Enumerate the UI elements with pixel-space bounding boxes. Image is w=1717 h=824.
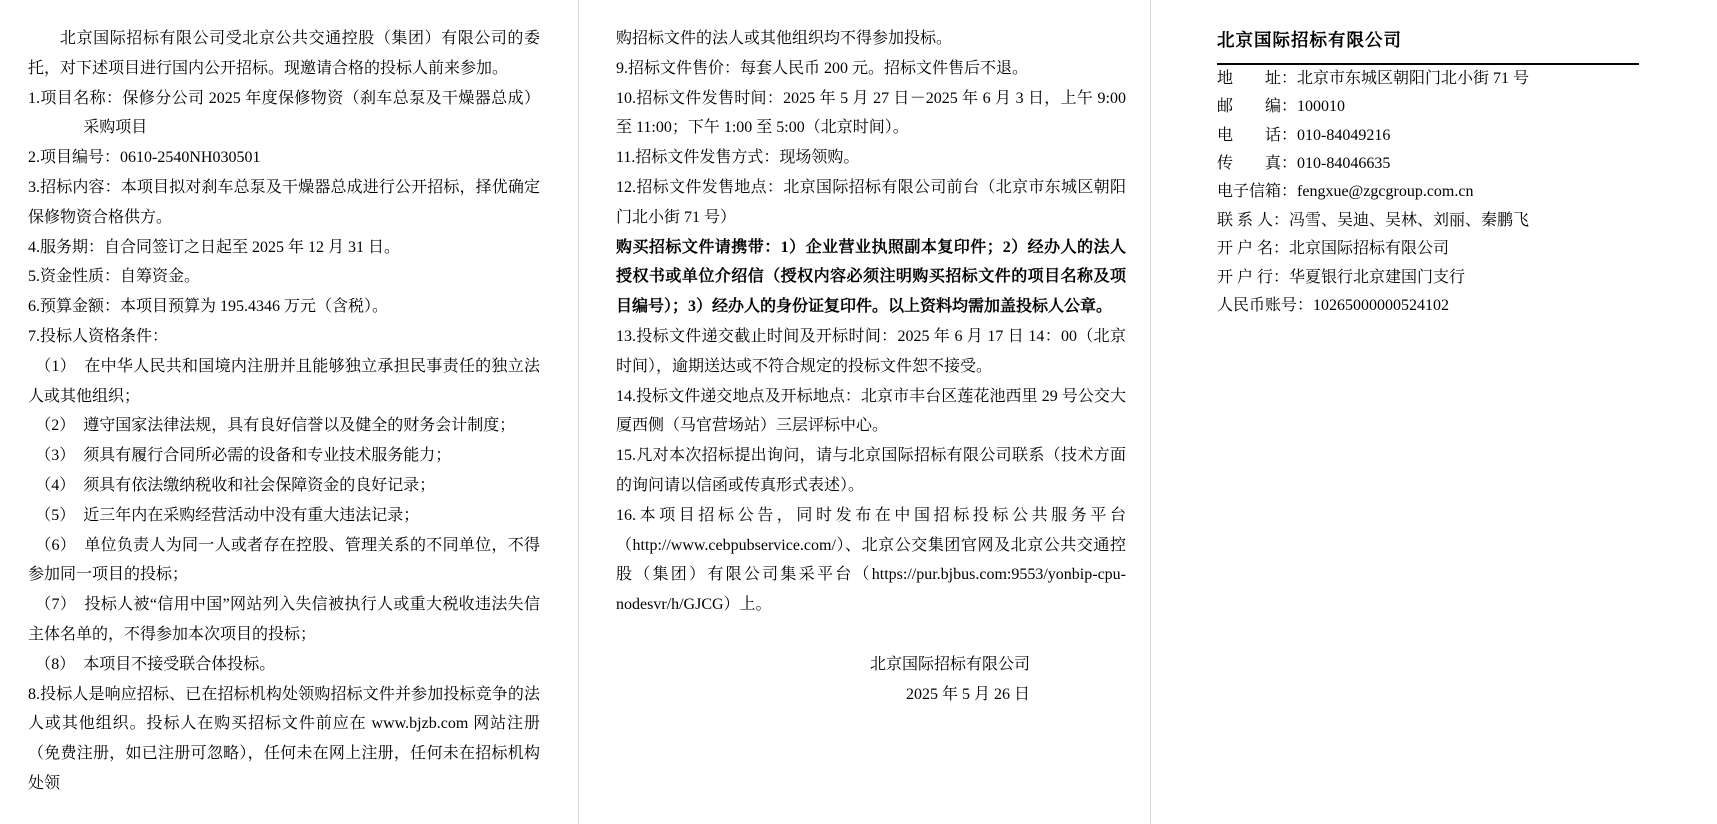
item-7-qualifications-head: 7.投标人资格条件： bbox=[28, 322, 540, 352]
item-8-continuation: 购招标文件的法人或其他组织均不得参加投标。 bbox=[616, 24, 1126, 54]
postcode-value: 100010 bbox=[1297, 98, 1345, 115]
bank-value: 华夏银行北京建国门支行 bbox=[1289, 269, 1465, 286]
qualification-3: （3） 须具有履行合同所必需的设备和专业技术服务能力； bbox=[28, 441, 540, 471]
contact-row-phone: 电 话：010-84049216 bbox=[1217, 122, 1639, 150]
item-2-project-number: 2.项目编号：0610-2540NH030501 bbox=[28, 143, 540, 173]
item-13-submission-deadline: 13.投标文件递交截止时间及开标时间：2025 年 6 月 17 日 14：00… bbox=[616, 322, 1126, 382]
postcode-label: 邮 编： bbox=[1217, 98, 1297, 115]
qualification-1: （1） 在中华人民共和国境内注册并且能够独立承担民事责任的独立法人或其他组织； bbox=[28, 352, 540, 412]
fax-label: 传 真： bbox=[1217, 155, 1297, 172]
purchase-requirements-note: 购买招标文件请携带：1）企业营业执照副本复印件；2）经办人的法人授权书或单位介绍… bbox=[616, 233, 1126, 322]
fax-value: 010-84046635 bbox=[1297, 155, 1390, 172]
item-4-service-period: 4.服务期：自合同签订之日起至 2025 年 12 月 31 日。 bbox=[28, 233, 540, 263]
item-16-publication-platforms: 16.本项目招标公告，同时发布在中国招标投标公共服务平台（http://www.… bbox=[616, 501, 1126, 620]
signature-date: 2025 年 5 月 26 日 bbox=[616, 680, 1030, 710]
signature-company: 北京国际招标有限公司 bbox=[616, 650, 1030, 680]
qualification-4: （4） 须具有依法缴纳税收和社会保障资金的良好记录； bbox=[28, 471, 540, 501]
qualification-2: （2） 遵守国家法律法规，具有良好信誉以及健全的财务会计制度； bbox=[28, 411, 540, 441]
contact-row-account-name: 开 户 名：北京国际招标有限公司 bbox=[1217, 235, 1639, 263]
column-divider-1 bbox=[578, 0, 579, 824]
item-5-fund-nature: 5.资金性质：自筹资金。 bbox=[28, 262, 540, 292]
agency-contact-column: 北京国际招标有限公司 地 址：北京市东城区朝阳门北小街 71 号 邮 编：100… bbox=[1217, 26, 1639, 320]
item-3-tender-content: 3.招标内容：本项目拟对刹车总泵及干燥器总成进行公开招标，择优确定保修物资合格供… bbox=[28, 173, 540, 233]
signature-block: 北京国际招标有限公司 2025 年 5 月 26 日 bbox=[616, 650, 1126, 710]
contact-row-postcode: 邮 编：100010 bbox=[1217, 93, 1639, 121]
rmb-account-label: 人民币账号： bbox=[1217, 297, 1313, 314]
item-1-project-name: 1.项目名称：保修分公司 2025 年度保修物资（刹车总泵及干燥器总成）采购项目 bbox=[28, 84, 540, 144]
address-label: 地 址： bbox=[1217, 70, 1297, 87]
rmb-account-value: 10265000000524102 bbox=[1313, 297, 1449, 314]
account-name-value: 北京国际招标有限公司 bbox=[1289, 240, 1449, 257]
contact-row-address: 地 址：北京市东城区朝阳门北小街 71 号 bbox=[1217, 65, 1639, 93]
document-column-2: 购招标文件的法人或其他组织均不得参加投标。 9.招标文件售价：每套人民币 200… bbox=[616, 24, 1126, 710]
phone-value: 010-84049216 bbox=[1297, 127, 1390, 144]
contacts-value: 冯雪、吴迪、吴林、刘丽、秦鹏飞 bbox=[1289, 212, 1529, 229]
bank-label: 开 户 行： bbox=[1217, 269, 1289, 286]
contact-row-bank: 开 户 行：华夏银行北京建国门支行 bbox=[1217, 264, 1639, 292]
contact-row-email: 电子信箱：fengxue@zgcgroup.com.cn bbox=[1217, 178, 1639, 206]
contacts-label: 联 系 人： bbox=[1217, 212, 1289, 229]
intro-paragraph: 北京国际招标有限公司受北京公共交通控股（集团）有限公司的委托，对下述项目进行国内… bbox=[28, 24, 540, 84]
item-12-sale-location: 12.招标文件发售地点：北京国际招标有限公司前台（北京市东城区朝阳门北小街 71… bbox=[616, 173, 1126, 233]
email-value: fengxue@zgcgroup.com.cn bbox=[1297, 183, 1473, 200]
contact-row-contacts: 联 系 人：冯雪、吴迪、吴林、刘丽、秦鹏飞 bbox=[1217, 207, 1639, 235]
item-15-inquiries: 15.凡对本次招标提出询问，请与北京国际招标有限公司联系（技术方面的询问请以信函… bbox=[616, 441, 1126, 501]
item-9-document-price: 9.招标文件售价：每套人民币 200 元。招标文件售后不退。 bbox=[616, 54, 1126, 84]
item-14-opening-location: 14.投标文件递交地点及开标地点：北京市丰台区莲花池西里 29 号公交大厦西侧（… bbox=[616, 382, 1126, 442]
qualification-6: （6） 单位负责人为同一人或者存在控股、管理关系的不同单位，不得参加同一项目的投… bbox=[28, 531, 540, 591]
account-name-label: 开 户 名： bbox=[1217, 240, 1289, 257]
address-value: 北京市东城区朝阳门北小街 71 号 bbox=[1297, 70, 1529, 87]
contact-row-fax: 传 真：010-84046635 bbox=[1217, 150, 1639, 178]
column-divider-2 bbox=[1150, 0, 1151, 824]
item-6-budget: 6.预算金额：本项目预算为 195.4346 万元（含税）。 bbox=[28, 292, 540, 322]
item-10-sale-time: 10.招标文件发售时间：2025 年 5 月 27 日－2025 年 6 月 3… bbox=[616, 84, 1126, 144]
item-8-bidder-definition: 8.投标人是响应招标、已在招标机构处领购招标文件并参加投标竞争的法人或其他组织。… bbox=[28, 680, 540, 799]
qualification-5: （5） 近三年内在采购经营活动中没有重大违法记录； bbox=[28, 501, 540, 531]
qualification-8: （8） 本项目不接受联合体投标。 bbox=[28, 650, 540, 680]
document-column-1: 北京国际招标有限公司受北京公共交通控股（集团）有限公司的委托，对下述项目进行国内… bbox=[28, 24, 540, 799]
tender-announcement-document: 北京国际招标有限公司受北京公共交通控股（集团）有限公司的委托，对下述项目进行国内… bbox=[0, 0, 1717, 824]
agency-name-title: 北京国际招标有限公司 bbox=[1217, 26, 1639, 65]
contact-row-rmb-account: 人民币账号：10265000000524102 bbox=[1217, 292, 1639, 320]
email-label: 电子信箱： bbox=[1217, 183, 1297, 200]
item-11-sale-method: 11.招标文件发售方式：现场领购。 bbox=[616, 143, 1126, 173]
qualification-7: （7） 投标人被“信用中国”网站列入失信被执行人或重大税收违法失信主体名单的，不… bbox=[28, 590, 540, 650]
phone-label: 电 话： bbox=[1217, 127, 1297, 144]
